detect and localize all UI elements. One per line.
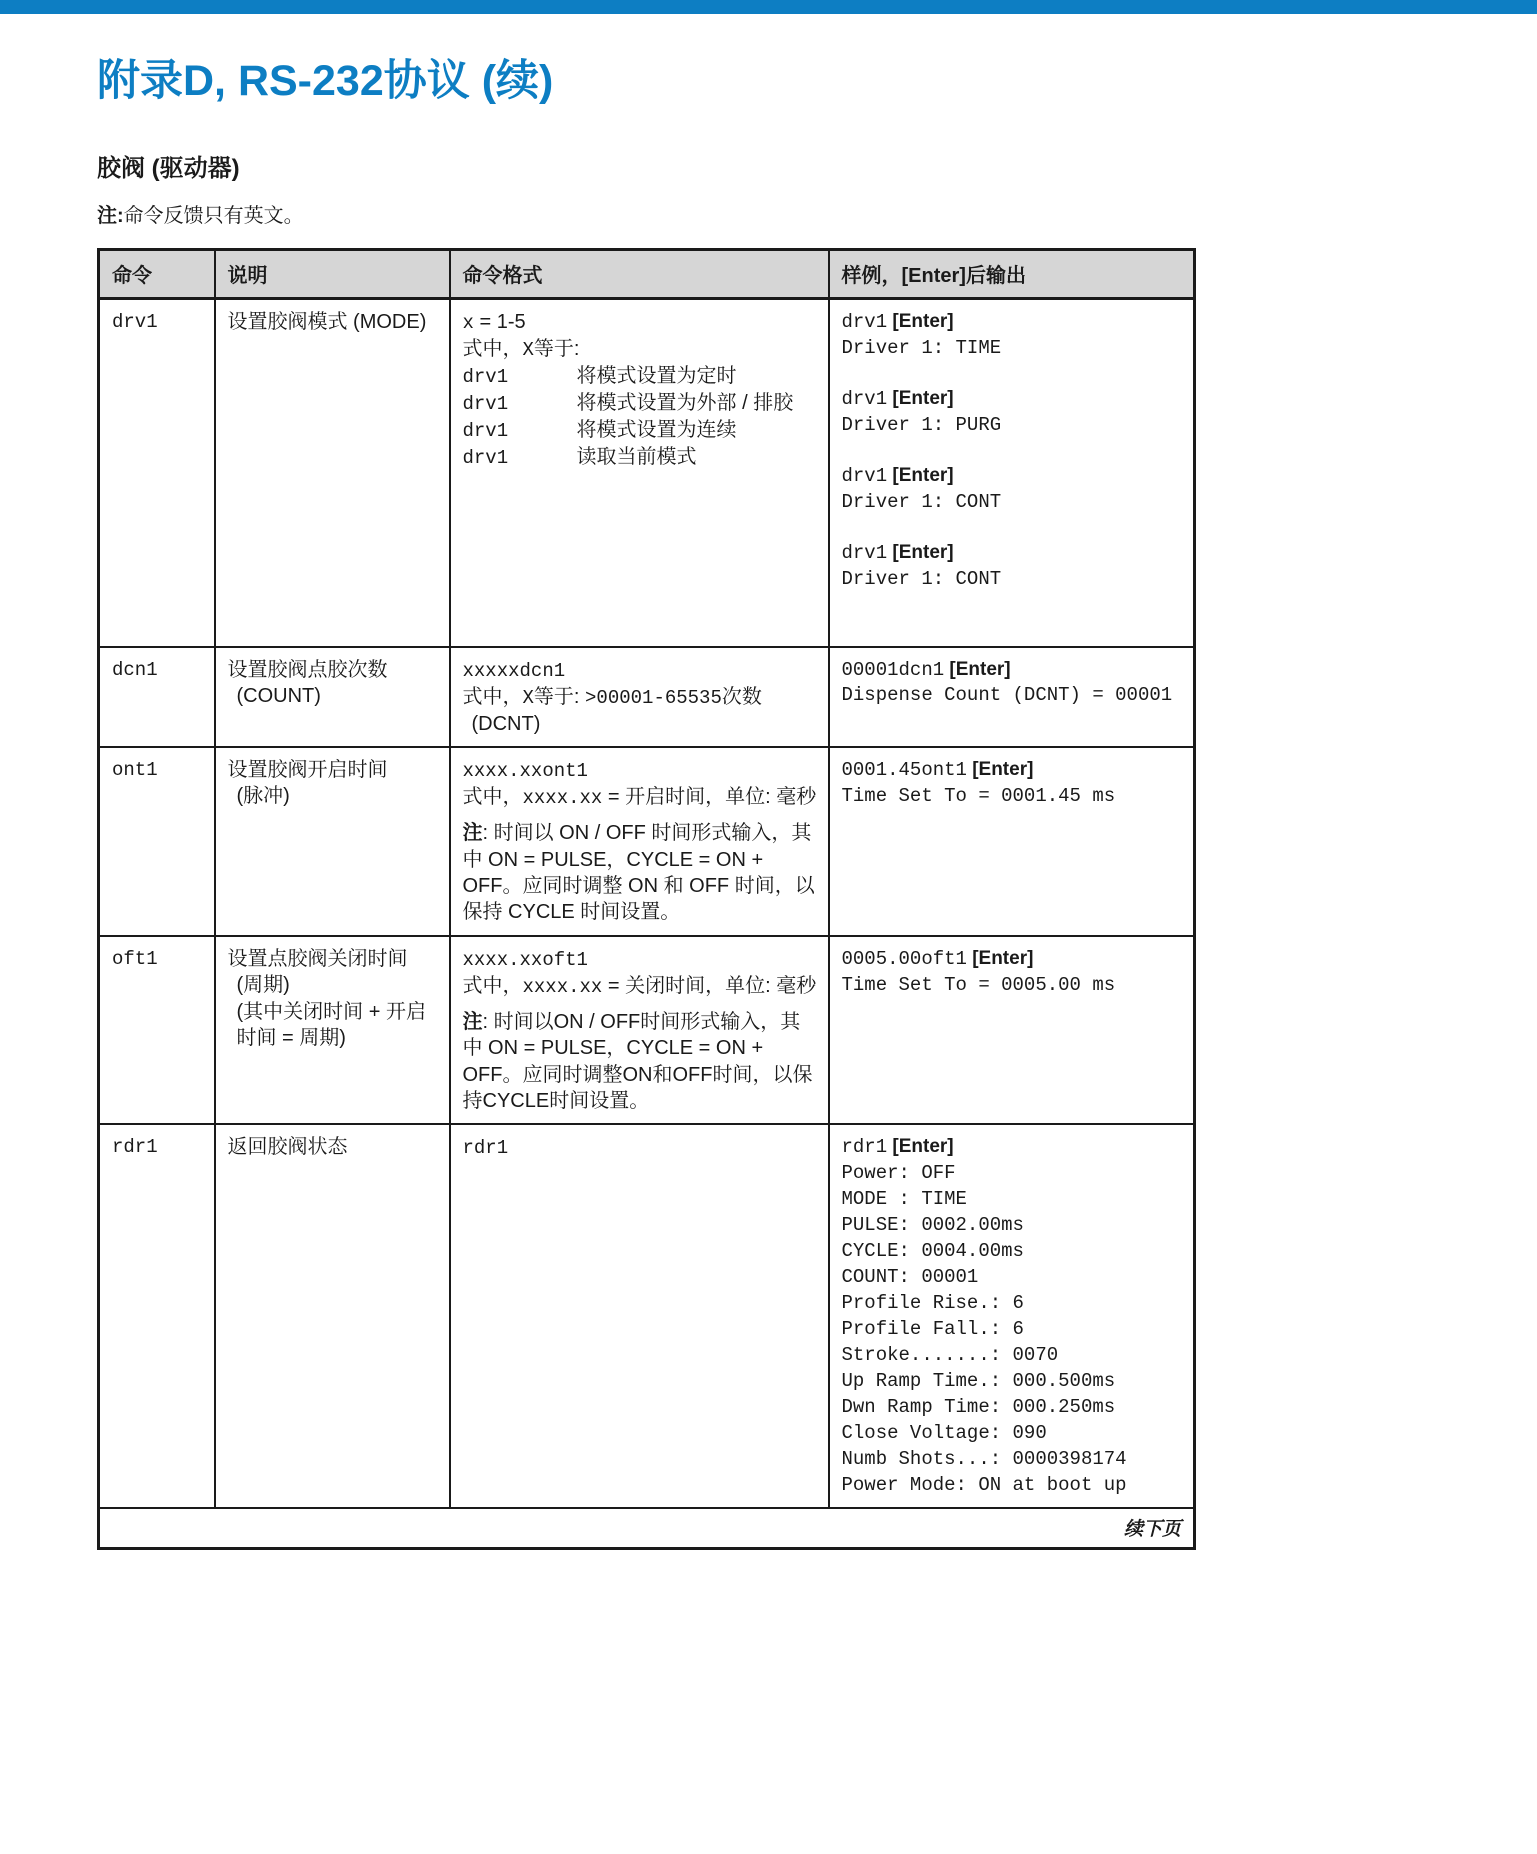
text-segment: PULSE: 0002.00ms (842, 1214, 1024, 1236)
cell-line: 式中，X等于: >00001-65535次数 (463, 684, 818, 711)
text-segment: [Enter] (887, 388, 954, 409)
cell-line: drv1 将模式设置为定时 (463, 363, 818, 390)
text-segment: : 时间以ON / OFF时间形式输入，其中 ON = PULSE，CYCLE … (463, 1011, 813, 1112)
cell-line: (DCNT) (463, 711, 818, 737)
text-segment: (其中关闭时间 + 开启时间 = 周期) (237, 1001, 426, 1049)
text-segment: ont1 (112, 759, 158, 781)
text-segment: COUNT: 00001 (842, 1266, 979, 1288)
cell-line: Profile Rise.: 6 (842, 1290, 1184, 1316)
cell-example: rdr1 [Enter]Power: OFFMODE : TIMEPULSE: … (829, 1124, 1195, 1507)
column-header-example: 样例，[Enter]后输出 (829, 250, 1195, 299)
text-segment: drv1 (842, 388, 888, 410)
table-row: dcn1设置胶阀点胶次数(COUNT)xxxxxdcn1式中，X等于: >000… (99, 647, 1195, 748)
cell-line: (其中关闭时间 + 开启时间 = 周期) (228, 999, 439, 1052)
continued-next-page-note: 续下页 (99, 1508, 1195, 1549)
text-segment: 等于: (534, 686, 585, 708)
text-segment: drv1 (842, 311, 888, 333)
column-header-description: 说明 (215, 250, 450, 299)
cell-line: 注: 时间以 ON / OFF 时间形式输入，其中 ON = PULSE，CYC… (463, 820, 818, 926)
text-segment: 00001dcn1 (842, 659, 945, 681)
text-segment: Up Ramp Time.: 000.500ms (842, 1370, 1116, 1392)
table-header-row: 命令 说明 命令格式 样例，[Enter]后输出 (99, 250, 1195, 299)
cell-line: 设置胶阀模式 (MODE) (228, 309, 439, 335)
cell-format: rdr1 (450, 1124, 829, 1507)
cell-line: MODE : TIME (842, 1186, 1184, 1212)
cell-line: 0001.45ont1 [Enter] (842, 757, 1184, 783)
cell-line: Driver 1: TIME (842, 335, 1184, 361)
table-row: ont1设置胶阀开启时间(脉冲)xxxx.xxont1式中，xxxx.xx = … (99, 747, 1195, 936)
text-segment: X (523, 339, 534, 361)
cell-line: (COUNT) (228, 683, 439, 709)
text-segment: xxxx.xxont1 (463, 760, 588, 782)
text-segment: Dispense Count (DCNT) = 00001 (842, 684, 1173, 706)
command-table: 命令 说明 命令格式 样例，[Enter]后输出 drv1设置胶阀模式 (MOD… (97, 248, 1196, 1550)
text-segment: 式中， (463, 686, 523, 708)
text-segment: 次数 (722, 686, 762, 708)
text-segment: [Enter] (887, 311, 954, 332)
cell-line: (周期) (228, 972, 439, 998)
cell-line: 式中，xxxx.xx = 关闭时间，单位: 毫秒 (463, 973, 818, 1000)
note-text: 命令反馈只有英文。 (124, 205, 304, 227)
cell-line: Profile Fall.: 6 (842, 1316, 1184, 1342)
table-row: rdr1返回胶阀状态rdr1rdr1 [Enter]Power: OFFMODE… (99, 1124, 1195, 1507)
cell-line: 式中，X等于: (463, 336, 818, 363)
text-segment: rdr1 (112, 1136, 158, 1158)
text-segment: xxxx.xxoft1 (463, 949, 588, 971)
cell-command: rdr1 (99, 1124, 215, 1507)
cell-line: x = 1-5 (463, 309, 818, 336)
text-segment: xxxx.xx (523, 787, 603, 809)
text-segment: : 时间以 ON / OFF 时间形式输入，其中 ON = PULSE，CYCL… (463, 822, 815, 923)
text-segment: Driver 1: TIME (842, 337, 1002, 359)
cell-line (842, 515, 1184, 540)
text-segment: CYCLE: 0004.00ms (842, 1240, 1024, 1262)
cell-example: drv1 [Enter]Driver 1: TIME drv1 [Enter]D… (829, 299, 1195, 647)
text-segment: 等于: (534, 338, 580, 360)
cell-example: 0001.45ont1 [Enter]Time Set To = 0001.45… (829, 747, 1195, 936)
cell-line: drv1 [Enter] (842, 540, 1184, 566)
text-segment: [Enter] (887, 465, 954, 486)
text-segment: 读取当前模式 (577, 446, 697, 468)
section-heading: 胶阀 (驱动器) (97, 148, 1537, 183)
text-segment: 式中， (463, 786, 523, 808)
cell-line: 式中，xxxx.xx = 开启时间，单位: 毫秒 (463, 784, 818, 811)
cell-line: drv1 [Enter] (842, 463, 1184, 489)
cell-format: x = 1-5式中，X等于:drv1 将模式设置为定时drv1 将模式设置为外部… (450, 299, 829, 647)
cell-command: ont1 (99, 747, 215, 936)
text-segment: rdr1 (842, 1136, 888, 1158)
text-segment: [Enter] (887, 542, 954, 563)
text-segment: [Enter] (887, 1136, 954, 1157)
cell-format: xxxxxdcn1式中，X等于: >00001-65535次数(DCNT) (450, 647, 829, 748)
cell-line: Dispense Count (DCNT) = 00001 (842, 682, 1184, 708)
text-segment: 将模式设置为定时 (577, 365, 737, 387)
text-segment: Driver 1: CONT (842, 491, 1002, 513)
text-segment: = 开启时间，单位: 毫秒 (602, 786, 816, 808)
cell-line: 设置胶阀点胶次数 (228, 657, 439, 683)
cell-command: drv1 (99, 299, 215, 647)
text-segment: x (463, 312, 474, 334)
text-segment: Time Set To = 0005.00 ms (842, 974, 1116, 996)
text-segment: 0005.00oft1 (842, 948, 967, 970)
text-segment: [Enter] (967, 759, 1034, 780)
text-segment: rdr1 (463, 1137, 509, 1159)
text-segment: [Enter] (944, 659, 1011, 680)
cell-line: Dwn Ramp Time: 000.250ms (842, 1394, 1184, 1420)
text-segment: (周期) (237, 974, 290, 996)
cell-command: oft1 (99, 936, 215, 1125)
cell-line: Up Ramp Time.: 000.500ms (842, 1368, 1184, 1394)
cell-line: rdr1 (112, 1134, 204, 1160)
cell-description: 设置胶阀开启时间(脉冲) (215, 747, 450, 936)
table-footer-row: 续下页 (99, 1508, 1195, 1549)
text-segment: Numb Shots...: 0000398174 (842, 1448, 1127, 1470)
cell-line: Driver 1: CONT (842, 566, 1184, 592)
table-row: oft1设置点胶阀关闭时间(周期)(其中关闭时间 + 开启时间 = 周期)xxx… (99, 936, 1195, 1125)
text-segment: drv1 (463, 447, 577, 469)
cell-line: rdr1 (463, 1134, 818, 1161)
text-segment: drv1 (463, 420, 577, 442)
text-segment: MODE : TIME (842, 1188, 967, 1210)
cell-line: PULSE: 0002.00ms (842, 1212, 1184, 1238)
text-segment: Power Mode: ON at boot up (842, 1474, 1127, 1496)
cell-line: Time Set To = 0005.00 ms (842, 972, 1184, 998)
note-label: 注: (97, 205, 124, 227)
text-segment: drv1 (112, 311, 158, 333)
cell-line: xxxx.xxoft1 (463, 946, 818, 973)
text-segment: Profile Fall.: 6 (842, 1318, 1024, 1340)
text-segment: 设置点胶阀关闭时间 (228, 948, 408, 970)
cell-line: Close Voltage: 090 (842, 1420, 1184, 1446)
cell-example: 00001dcn1 [Enter]Dispense Count (DCNT) =… (829, 647, 1195, 748)
cell-format: xxxx.xxoft1式中，xxxx.xx = 关闭时间，单位: 毫秒注: 时间… (450, 936, 829, 1125)
text-segment: 将模式设置为外部 / 排胶 (577, 392, 794, 414)
text-segment: drv1 (842, 542, 888, 564)
cell-line: drv1 读取当前模式 (463, 444, 818, 471)
cell-line: xxxx.xxont1 (463, 757, 818, 784)
cell-line: drv1 将模式设置为连续 (463, 417, 818, 444)
cell-description: 设置胶阀点胶次数(COUNT) (215, 647, 450, 748)
cell-line: xxxxxdcn1 (463, 657, 818, 684)
text-segment: Dwn Ramp Time: 000.250ms (842, 1396, 1116, 1418)
cell-line: CYCLE: 0004.00ms (842, 1238, 1184, 1264)
text-segment: drv1 (842, 465, 888, 487)
cell-line: Power Mode: ON at boot up (842, 1472, 1184, 1498)
text-segment: 注 (463, 822, 483, 844)
text-segment: Stroke.......: 0070 (842, 1344, 1059, 1366)
text-segment: 注 (463, 1011, 483, 1033)
text-segment: 将模式设置为连续 (577, 419, 737, 441)
cell-line: rdr1 [Enter] (842, 1134, 1184, 1160)
column-header-command: 命令 (99, 250, 215, 299)
text-segment: 设置胶阀模式 (MODE) (228, 311, 427, 333)
text-segment: Profile Rise.: 6 (842, 1292, 1024, 1314)
cell-description: 返回胶阀状态 (215, 1124, 450, 1507)
cell-line: 0005.00oft1 [Enter] (842, 946, 1184, 972)
text-segment: xxxx.xx (523, 976, 603, 998)
cell-line: ont1 (112, 757, 204, 783)
cell-line: drv1 [Enter] (842, 386, 1184, 412)
cell-line: oft1 (112, 946, 204, 972)
text-segment: Close Voltage: 090 (842, 1422, 1047, 1444)
page-title: 附录D, RS-232协议 (续) (97, 47, 1537, 108)
cell-line: 00001dcn1 [Enter] (842, 657, 1184, 683)
cell-line: drv1 [Enter] (842, 309, 1184, 335)
cell-line (842, 438, 1184, 463)
text-segment: 式中， (463, 338, 523, 360)
text-segment: dcn1 (112, 659, 158, 681)
cell-line: dcn1 (112, 657, 204, 683)
text-segment: (脉冲) (237, 785, 290, 807)
cell-line: COUNT: 00001 (842, 1264, 1184, 1290)
text-segment: Driver 1: PURG (842, 414, 1002, 436)
cell-line: Driver 1: PURG (842, 412, 1184, 438)
cell-line (842, 361, 1184, 386)
text-segment: oft1 (112, 948, 158, 970)
text-segment: 设置胶阀点胶次数 (228, 659, 388, 681)
cell-example: 0005.00oft1 [Enter]Time Set To = 0005.00… (829, 936, 1195, 1125)
cell-line: drv1 将模式设置为外部 / 排胶 (463, 390, 818, 417)
text-segment: Driver 1: CONT (842, 568, 1002, 590)
text-segment: drv1 (463, 393, 577, 415)
section-note: 注:命令反馈只有英文。 (97, 199, 1537, 228)
cell-command: dcn1 (99, 647, 215, 748)
cell-format: xxxx.xxont1式中，xxxx.xx = 开启时间，单位: 毫秒注: 时间… (450, 747, 829, 936)
text-segment: Power: OFF (842, 1162, 956, 1184)
text-segment: 设置胶阀开启时间 (228, 759, 388, 781)
text-segment: >00001-65535 (585, 687, 722, 709)
text-segment: xxxxxdcn1 (463, 660, 566, 682)
cell-description: 设置点胶阀关闭时间(周期)(其中关闭时间 + 开启时间 = 周期) (215, 936, 450, 1125)
cell-line: 设置点胶阀关闭时间 (228, 946, 439, 972)
text-segment: 返回胶阀状态 (228, 1136, 348, 1158)
text-segment: (DCNT) (472, 713, 541, 735)
cell-line: Power: OFF (842, 1160, 1184, 1186)
cell-line: Numb Shots...: 0000398174 (842, 1446, 1184, 1472)
document-page: 附录D, RS-232协议 (续) 胶阀 (驱动器) 注:命令反馈只有英文。 命… (0, 0, 1537, 1550)
cell-line: (脉冲) (228, 783, 439, 809)
text-segment: 0001.45ont1 (842, 759, 967, 781)
text-segment: [Enter] (967, 948, 1034, 969)
cell-line: Driver 1: CONT (842, 489, 1184, 515)
cell-line: 返回胶阀状态 (228, 1134, 439, 1160)
cell-line: 设置胶阀开启时间 (228, 757, 439, 783)
cell-line: Stroke.......: 0070 (842, 1342, 1184, 1368)
cell-line: 注: 时间以ON / OFF时间形式输入，其中 ON = PULSE，CYCLE… (463, 1009, 818, 1115)
text-segment: = 关闭时间，单位: 毫秒 (602, 975, 816, 997)
text-segment: = 1-5 (474, 311, 526, 333)
text-segment: 式中， (463, 975, 523, 997)
text-segment: (COUNT) (237, 685, 321, 707)
text-segment: X (523, 687, 534, 709)
table-row: drv1设置胶阀模式 (MODE)x = 1-5式中，X等于:drv1 将模式设… (99, 299, 1195, 647)
text-segment: Time Set To = 0001.45 ms (842, 785, 1116, 807)
page-top-accent-bar (0, 0, 1537, 14)
cell-line: drv1 (112, 309, 204, 335)
cell-description: 设置胶阀模式 (MODE) (215, 299, 450, 647)
text-segment: drv1 (463, 366, 577, 388)
cell-line: Time Set To = 0001.45 ms (842, 783, 1184, 809)
column-header-format: 命令格式 (450, 250, 829, 299)
